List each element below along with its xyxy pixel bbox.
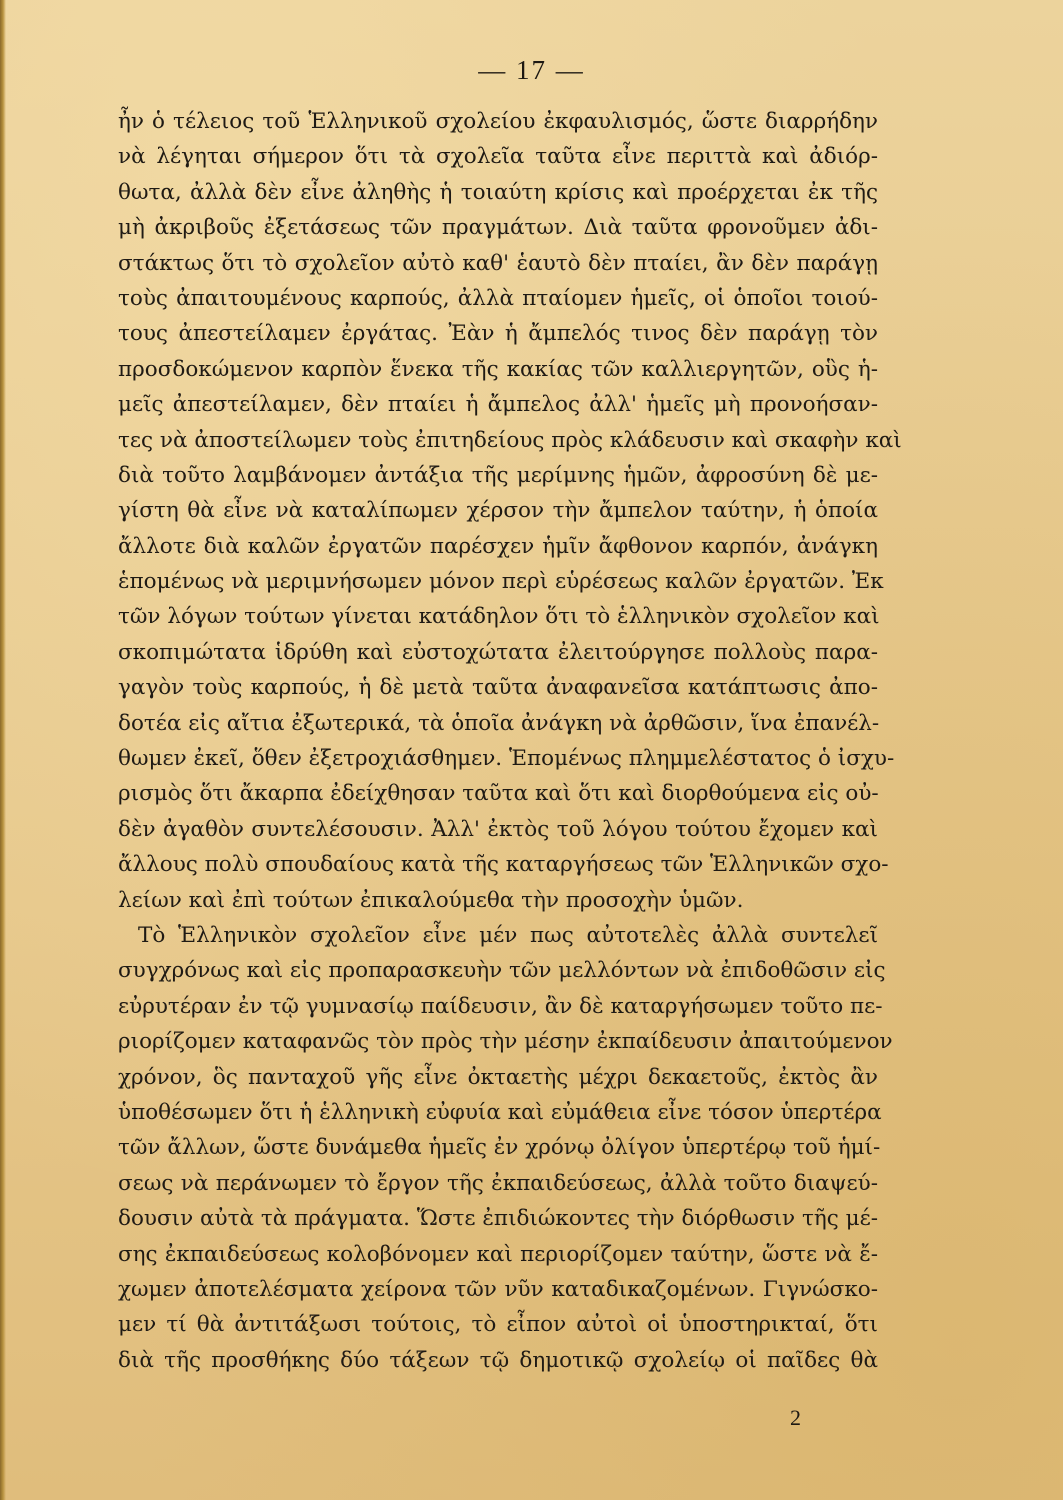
text-line: ρισμὸς ὅτι ἄκαρπα ἐδείχθησαν ταῦτα καὶ ὅ…: [118, 776, 878, 811]
body-text: ἦν ὁ τέλειος τοῦ Ἑλληνικοῦ σχολείου ἐκφα…: [118, 104, 878, 1378]
text-line: συγχρόνως καὶ εἰς προπαρασκευὴν τῶν μελλ…: [118, 953, 878, 988]
text-line: ἄλλους πολὺ σπουδαίους κατὰ τῆς καταργήσ…: [118, 847, 878, 882]
text-line: στάκτως ὅτι τὸ σχολεῖον αὐτὸ καθ' ἑαυτὸ …: [118, 246, 878, 281]
text-line: δοτέα εἰς αἴτια ἐξωτερικά, τὰ ὁποῖα ἀνάγ…: [118, 706, 878, 741]
text-line: τους ἀπεστείλαμεν ἐργάτας. Ἐὰν ἡ ἄμπελός…: [118, 316, 878, 351]
text-line: ἦν ὁ τέλειος τοῦ Ἑλληνικοῦ σχολείου ἐκφα…: [118, 104, 878, 139]
text-line: γίστη θὰ εἶνε νὰ καταλίπωμεν χέρσον τὴν …: [118, 493, 878, 528]
paragraph-end-line: λείων καὶ ἐπὶ τούτων ἐπικαλούμεθα τὴν πρ…: [118, 883, 878, 918]
text-line: ἑπομένως νὰ μεριμνήσωμεν μόνον περὶ εὑρέ…: [118, 564, 878, 599]
text-line: σκοπιμώτατα ἱδρύθη καὶ εὐστοχώτατα ἐλειτ…: [118, 635, 878, 670]
text-line: χωμεν ἀποτελέσματα χείρονα τῶν νῦν καταδ…: [118, 1272, 878, 1307]
text-line: διὰ τοῦτο λαμβάνομεν ἀντάξια τῆς μερίμνη…: [118, 458, 878, 493]
page-binding-edge: [0, 0, 6, 1500]
text-line: δουσιν αὐτὰ τὰ πράγματα. Ὥστε ἐπιδιώκοντ…: [118, 1201, 878, 1236]
text-line: εὐρυτέραν ἐν τῷ γυμνασίῳ παίδευσιν, ἂν δ…: [118, 989, 878, 1024]
paragraph-start-line: Τὸ Ἑλληνικὸν σχολεῖον εἶνε μέν πως αὐτοτ…: [118, 918, 878, 953]
text-line: χρόνον, ὃς πανταχοῦ γῆς εἶνε ὀκταετὴς μέ…: [118, 1060, 878, 1095]
text-line: ριορίζομεν καταφανῶς τὸν πρὸς τὴν μέσην …: [118, 1024, 878, 1059]
text-line: τοὺς ἀπαιτουμένους καρπούς, ἀλλὰ πταίομε…: [118, 281, 878, 316]
text-line: θωτα, ἀλλὰ δὲν εἶνε ἀληθὴς ἡ τοιαύτη κρί…: [118, 175, 878, 210]
text-line: προσδοκώμενον καρπὸν ἕνεκα τῆς κακίας τῶ…: [118, 352, 878, 387]
text-line: διὰ τῆς προσθήκης δύο τάξεων τῷ δημοτικῷ…: [118, 1343, 878, 1378]
text-line: σης ἐκπαιδεύσεως κολοβόνομεν καὶ περιορί…: [118, 1237, 878, 1272]
text-line: μεῖς ἀπεστείλαμεν, δὲν πταίει ἡ ἄμπελος …: [118, 387, 878, 422]
page-number: — 17 —: [0, 55, 1063, 86]
signature-mark: 2: [790, 1405, 801, 1431]
text-line: ἄλλοτε διὰ καλῶν ἐργατῶν παρέσχεν ἡμῖν ἄ…: [118, 529, 878, 564]
text-line: σεως νὰ περάνωμεν τὸ ἔργον τῆς ἐκπαιδεύσ…: [118, 1166, 878, 1201]
text-line: θωμεν ἐκεῖ, ὅθεν ἐξετροχιάσθημεν. Ἑπομέν…: [118, 741, 878, 776]
text-line: δὲν ἀγαθὸν συντελέσουσιν. Ἀλλ' ἐκτὸς τοῦ…: [118, 812, 878, 847]
text-line: γαγὸν τοὺς καρπούς, ἡ δὲ μετὰ ταῦτα ἀναφ…: [118, 670, 878, 705]
text-line: μεν τί θὰ ἀντιτάξωσι τούτοις, τὸ εἶπον α…: [118, 1307, 878, 1342]
text-line: μὴ ἀκριβοῦς ἐξετάσεως τῶν πραγμάτων. Διὰ…: [118, 210, 878, 245]
text-line: τες νὰ ἀποστείλωμεν τοὺς ἐπιτηδείους πρὸ…: [118, 423, 878, 458]
text-line: ὑποθέσωμεν ὅτι ἡ ἑλληνικὴ εὐφυία καὶ εὐμ…: [118, 1095, 878, 1130]
text-line: τῶν λόγων τούτων γίνεται κατάδηλον ὅτι τ…: [118, 599, 878, 634]
text-line: τῶν ἄλλων, ὥστε δυνάμεθα ἡμεῖς ἐν χρόνῳ …: [118, 1130, 878, 1165]
text-line: νὰ λέγηται σήμερον ὅτι τὰ σχολεῖα ταῦτα …: [118, 139, 878, 174]
